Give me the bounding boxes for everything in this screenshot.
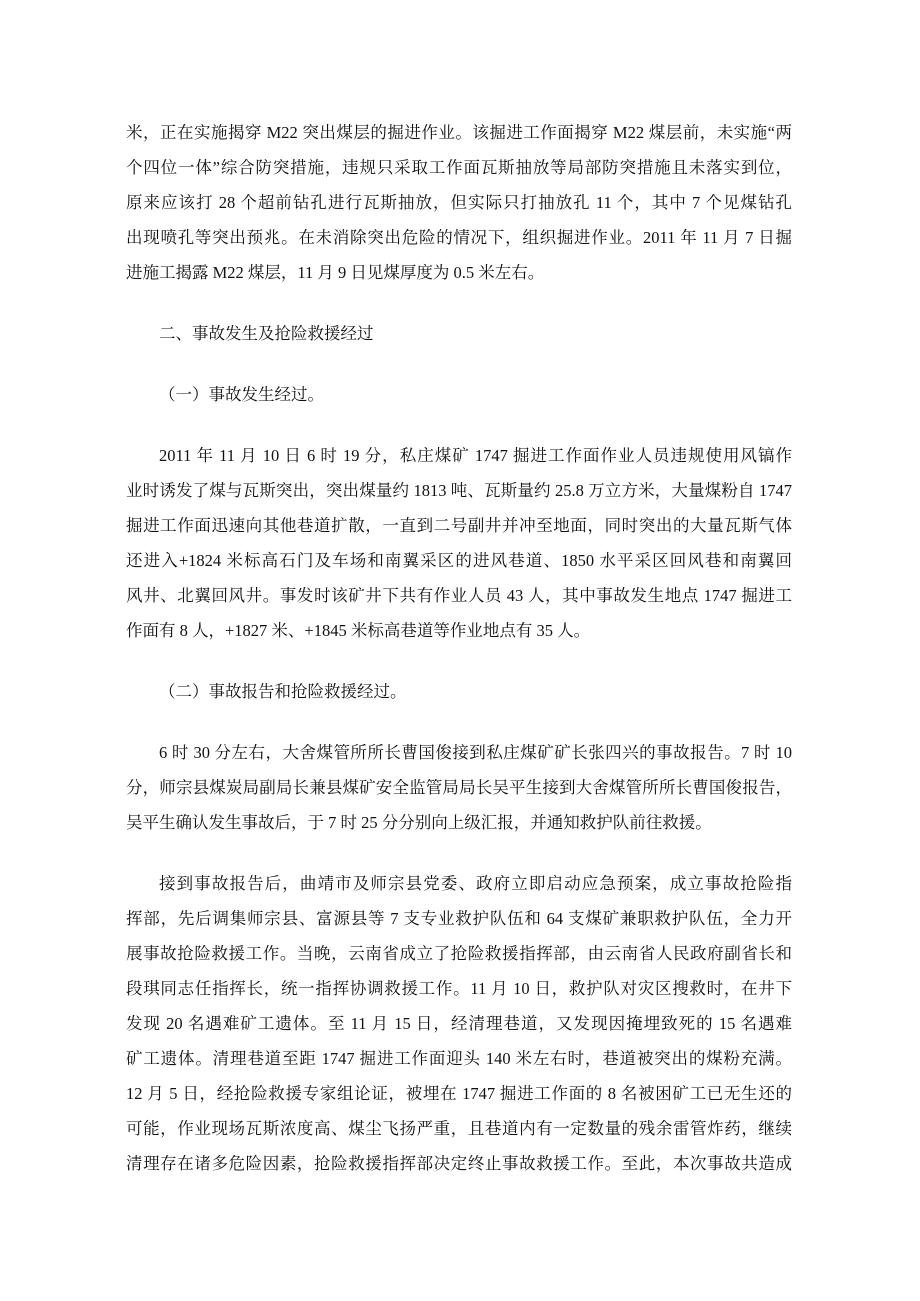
text-line: 掘进工作面迅速向其他巷道扩散，一直到二号副井并冲至地面，同时突出的大量瓦斯气体 <box>126 508 792 543</box>
text-line: 挥部，先后调集师宗县、富源县等 7 支专业救护队伍和 64 支煤矿兼职救护队伍，… <box>126 901 792 936</box>
text-line: 分，师宗县煤炭局副局长兼县煤矿安全监管局局长吴平生接到大舍煤管所所长曹国俊报告， <box>126 770 792 805</box>
text-line: 接到事故报告后，曲靖市及师宗县党委、政府立即启动应急预案，成立事故抢险指 <box>126 866 792 901</box>
text-line: 清理存在诸多危险因素，抢险救援指挥部决定终止事故救援工作。至此，本次事故共造成 <box>126 1146 792 1181</box>
section-heading: 二、事故发生及抢险救援经过 <box>126 316 792 351</box>
text-line: 可能，作业现场瓦斯浓度高、煤尘飞扬严重，且巷道内有一定数量的残余雷管炸药，继续 <box>126 1111 792 1146</box>
text-line: 发现 20 名遇难矿工遗体。至 11 月 15 日，经清理巷道，又发现因掩埋致死… <box>126 1006 792 1041</box>
text-line: 吴平生确认发生事故后，于 7 时 25 分分别向上级汇报，并通知救护队前往救援。 <box>126 805 792 840</box>
text-line: 进施工揭露 M22 煤层，11 月 9 日见煤厚度为 0.5 米左右。 <box>126 255 792 290</box>
text-line: 12 月 5 日，经抢险救援专家组论证，被埋在 1747 掘进工作面的 8 名被… <box>126 1076 792 1111</box>
text-line: 出现喷孔等突出预兆。在未消除突出危险的情况下，组织掘进作业。2011 年 11 … <box>126 220 792 255</box>
paragraph-rescue-operations: 接到事故报告后，曲靖市及师宗县党委、政府立即启动应急预案，成立事故抢险指 挥部，… <box>126 866 792 1181</box>
text-line: 矿工遗体。清理巷道至距 1747 掘进工作面迎头 140 米左右时，巷道被突出的… <box>126 1041 792 1076</box>
text-line: 2011 年 11 月 10 日 6 时 19 分，私庄煤矿 1747 掘进工作… <box>126 438 792 473</box>
text-line: 还进入+1824 米标高石门及车场和南翼采区的进风巷道、1850 水平采区回风巷… <box>126 543 792 578</box>
text-line: 作面有 8 人，+1827 米、+1845 米标高巷道等作业地点有 35 人。 <box>126 613 792 648</box>
text-line: 米，正在实施揭穿 M22 突出煤层的掘进作业。该掘进工作面揭穿 M22 煤层前，… <box>126 115 792 150</box>
text-line: 段琪同志任指挥长，统一指挥协调救援工作。11 月 10 日，救护队对灾区搜救时，… <box>126 971 792 1006</box>
text-line: 6 时 30 分左右，大舍煤管所所长曹国俊接到私庄煤矿矿长张四兴的事故报告。7 … <box>126 735 792 770</box>
text-line: 业时诱发了煤与瓦斯突出，突出煤量约 1813 吨、瓦斯量约 25.8 万立方米，… <box>126 473 792 508</box>
text-line: 个四位一体”综合防突措施，违规只采取工作面瓦斯抽放等局部防突措施且未落实到位， <box>126 150 792 185</box>
paragraph-accident-occurrence: 2011 年 11 月 10 日 6 时 19 分，私庄煤矿 1747 掘进工作… <box>126 438 792 648</box>
text-line: 原来应该打 28 个超前钻孔进行瓦斯抽放，但实际只打抽放孔 11 个，其中 7 … <box>126 185 792 220</box>
document-page: 米，正在实施揭穿 M22 突出煤层的掘进作业。该掘进工作面揭穿 M22 煤层前，… <box>0 0 920 1301</box>
text-line: 风井、北翼回风井。事发时该矿井下共有作业人员 43 人，其中事故发生地点 174… <box>126 578 792 613</box>
subsection-heading-1: （一）事故发生经过。 <box>126 377 792 412</box>
paragraph-accident-report: 6 时 30 分左右，大舍煤管所所长曹国俊接到私庄煤矿矿长张四兴的事故报告。7 … <box>126 735 792 840</box>
subsection-heading-2: （二）事故报告和抢险救援经过。 <box>126 674 792 709</box>
paragraph-continued: 米，正在实施揭穿 M22 突出煤层的掘进作业。该掘进工作面揭穿 M22 煤层前，… <box>126 115 792 290</box>
text-line: 展事故抢险救援工作。当晚，云南省成立了抢险救援指挥部，由云南省人民政府副省长和 <box>126 936 792 971</box>
